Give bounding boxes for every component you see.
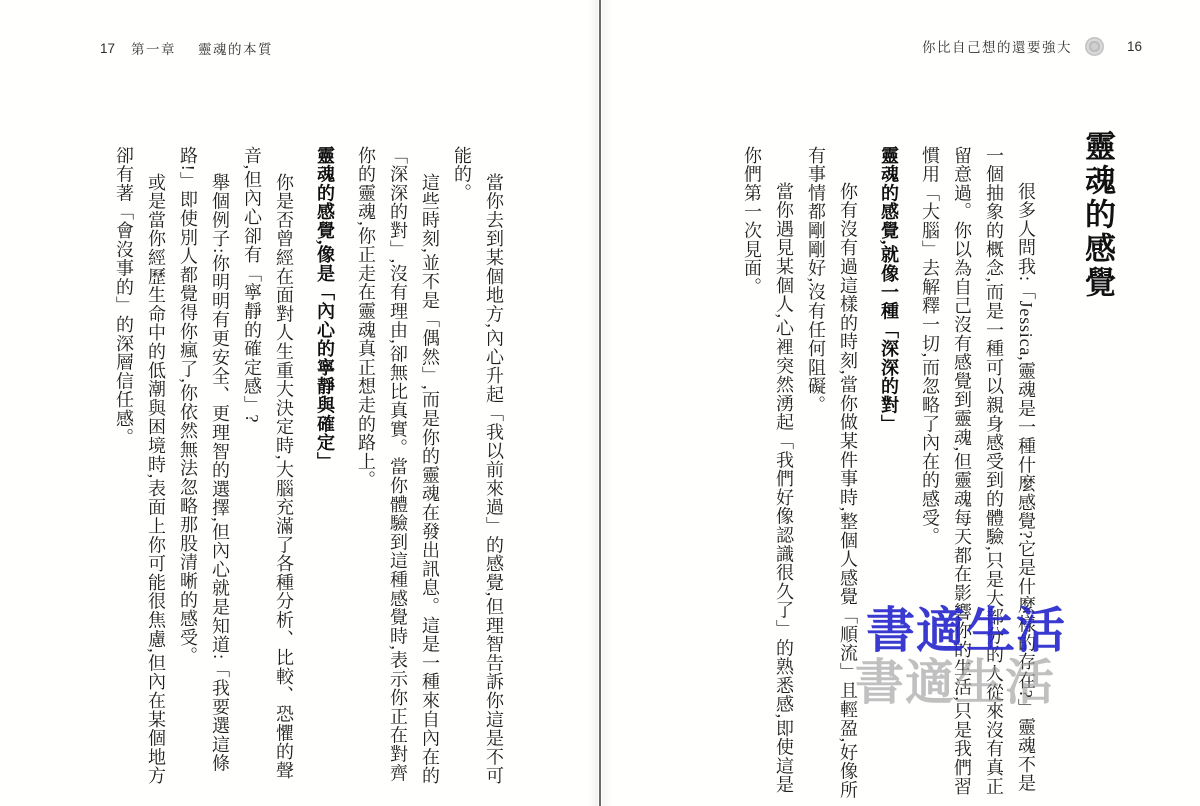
right-running-header: 你比自己想的還要強大 16 <box>922 36 1142 56</box>
book-spread: 17 第一章 靈魂的本質 當你去到某個地方,內心升起「我以前來過」的感覺,但理智… <box>0 0 1200 806</box>
paragraph: 這些時刻,並不是「偶然」,而是你的靈魂在發出訊息。這是一種來自內在的「深深的對」… <box>350 146 446 801</box>
paragraph: 很多人問我:「Jessica,靈魂是一種什麼感覺?它是什麼樣的存在?」靈魂不是一… <box>914 146 1042 804</box>
section-heading: 靈魂的感覺,就像一種「深深的對」 <box>873 146 905 804</box>
chapter-title-label: 靈魂的本質 <box>198 38 273 58</box>
paragraph: 或是當你經歷生命中的低潮與困境時,表面上你可能很焦慮,但內在某個地方卻有著「會沒… <box>108 146 172 801</box>
chapter-section-title: 靈魂的感覺 <box>1075 130 1120 300</box>
left-page-number: 17 <box>100 41 115 56</box>
paragraph: 舉個例子:你明明有更安全、更理智的選擇,但內心就是知道:「我要選這條路!」即使別… <box>172 146 236 801</box>
right-page-text: 很多人問我:「Jessica,靈魂是一種什麼感覺?它是什麼樣的存在?」靈魂不是一… <box>736 146 1042 804</box>
chapter-label: 第一章 <box>131 38 176 58</box>
paragraph: 當你去到某個地方,內心升起「我以前來過」的感覺,但理智告訴你這是不可能的。 <box>446 146 510 801</box>
paragraph: 當你遇見某個人,心裡突然湧起「我們好像認識很久了」的熟悉感,即使這是你們第一次見… <box>736 146 800 804</box>
book-title-label: 你比自己想的還要強大 <box>922 36 1072 56</box>
left-page-text: 當你去到某個地方,內心升起「我以前來過」的感覺,但理智告訴你這是不可能的。 這些… <box>108 146 510 801</box>
section-heading: 靈魂的感覺,像是「內心的寧靜與確定」 <box>309 146 341 801</box>
paragraph: 你有沒有過這樣的時刻,當你做某件事時,整個人感覺「順流」且輕盈,好像所有事情都剛… <box>800 146 864 804</box>
gutter-shade-right <box>602 0 612 806</box>
page-divider <box>599 0 601 806</box>
left-running-header: 17 第一章 靈魂的本質 <box>100 38 273 58</box>
paragraph: 你是否曾經在面對人生重大決定時,大腦充滿了各種分析、比較、恐懼的聲音,但內心卻有… <box>236 146 300 801</box>
right-page-number: 16 <box>1127 39 1142 54</box>
gutter-shade-left <box>588 0 598 806</box>
flower-ornament-icon <box>1085 37 1104 56</box>
